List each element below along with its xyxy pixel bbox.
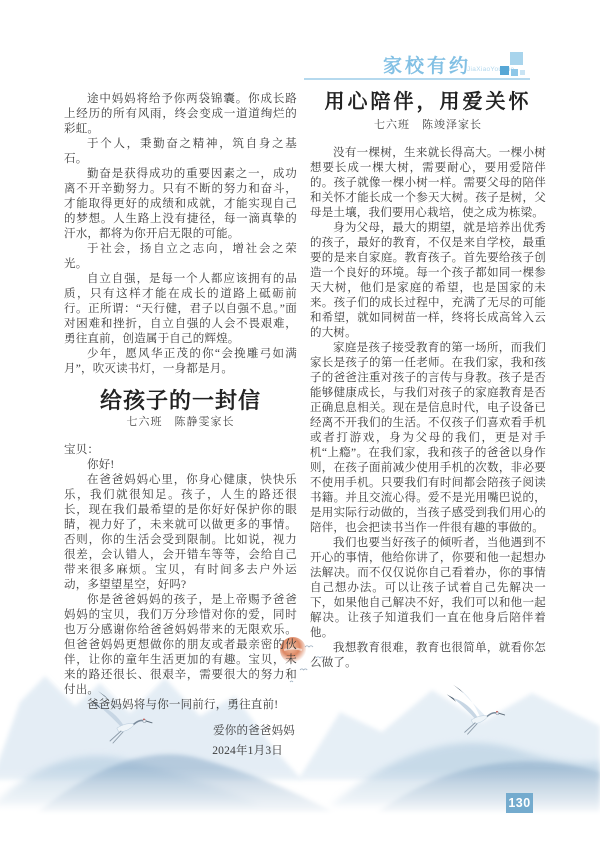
article-columns: 途中妈妈将给予你两袋锦囊。你成长路上经历的所有风雨，终会变成一道道绚烂的彩虹。 …	[64, 92, 546, 759]
letter-paragraph: 你是爸爸妈妈的孩子，是上帝赐予爸爸妈妈的宝贝，我们万分珍惜对你的爱，同时也万分感…	[64, 593, 297, 698]
pixel-square	[511, 69, 518, 76]
continuation-paragraph: 于社会，扬自立之志向，增社会之荣光。	[64, 242, 297, 272]
right-column: 用心陪伴，用爱关怀 七六班 陈竣泽家长 没有一棵树，生来就长得高大。一棵小树想要…	[310, 92, 546, 759]
continuation-paragraph: 于个人，秉勤奋之精神，筑自身之基石。	[64, 137, 297, 167]
article-paragraph: 身为父母，最大的期望，就是培养出优秀的孩子，最好的教育，不仅是来自学校，最重要的…	[310, 221, 546, 341]
article-paragraph: 家庭是孩子接受教育的第一场所，而我们家长是孩子的第一任老师。在我们家，我和孩子的…	[310, 341, 546, 536]
letter-paragraph: 在爸爸妈妈心里，你身心健康，快快乐乐，我们就很知足。孩子，人生的路还很长，现在我…	[64, 473, 297, 593]
continuation-paragraph: 少年，愿风华正茂的你“会挽雕弓如满月”，吹灭读书灯，一身都是月。	[64, 347, 297, 377]
letter-greeting: 你好!	[64, 458, 297, 473]
letter-signature: 爱你的爸爸妈妈	[64, 724, 297, 739]
letter-date: 2024年1月3日	[64, 744, 297, 759]
letter-salutation: 宝贝：	[64, 443, 297, 458]
letter-paragraph: 爸爸妈妈将与你一同前行，勇往直前!	[64, 698, 297, 713]
continuation-paragraph: 勤奋是获得成功的重要因素之一，成功离不开辛勤努力。只有不断的努力和奋斗，才能取得…	[64, 167, 297, 242]
pixel-square	[500, 66, 509, 75]
continuation-paragraph: 自立自强，是每一个人都应该拥有的品质，只有这样才能在成长的道路上砥砺前行。正所谓…	[64, 272, 297, 347]
letter-title: 给孩子的一封信	[64, 393, 297, 408]
page-title: 家校有约	[383, 51, 471, 78]
page-number-badge: 130	[506, 793, 533, 813]
article-byline: 七六班 陈竣泽家长	[310, 118, 546, 133]
article-title: 用心陪伴，用爱关怀	[310, 95, 546, 110]
continuation-paragraph: 途中妈妈将给予你两袋锦囊。你成长路上经历的所有风雨，终会变成一道道绚烂的彩虹。	[64, 92, 297, 137]
pixel-square	[520, 70, 525, 75]
article-paragraph: 没有一棵树，生来就长得高大。一棵小树想要长成一棵大树，需要耐心，要用爱陪伴的。孩…	[310, 146, 546, 221]
letter-byline: 七六班 陈静雯家长	[64, 415, 297, 430]
header-underline	[304, 78, 530, 80]
article-paragraph: 我想教育很难，教育也很简单，就看你怎么做了。	[310, 641, 546, 671]
left-column: 途中妈妈将给予你两袋锦囊。你成长路上经历的所有风雨，终会变成一道道绚烂的彩虹。 …	[64, 92, 297, 759]
pixel-square	[510, 52, 523, 65]
article-paragraph: 我们也要当好孩子的倾听者，当他遇到不开心的事情，他给你讲了，你要和他一起想办法解…	[310, 536, 546, 641]
magazine-page: 家校有约 JiaXiaoYouYue 途中妈妈将给予你两袋锦囊。你成长路上经历的…	[0, 0, 600, 849]
